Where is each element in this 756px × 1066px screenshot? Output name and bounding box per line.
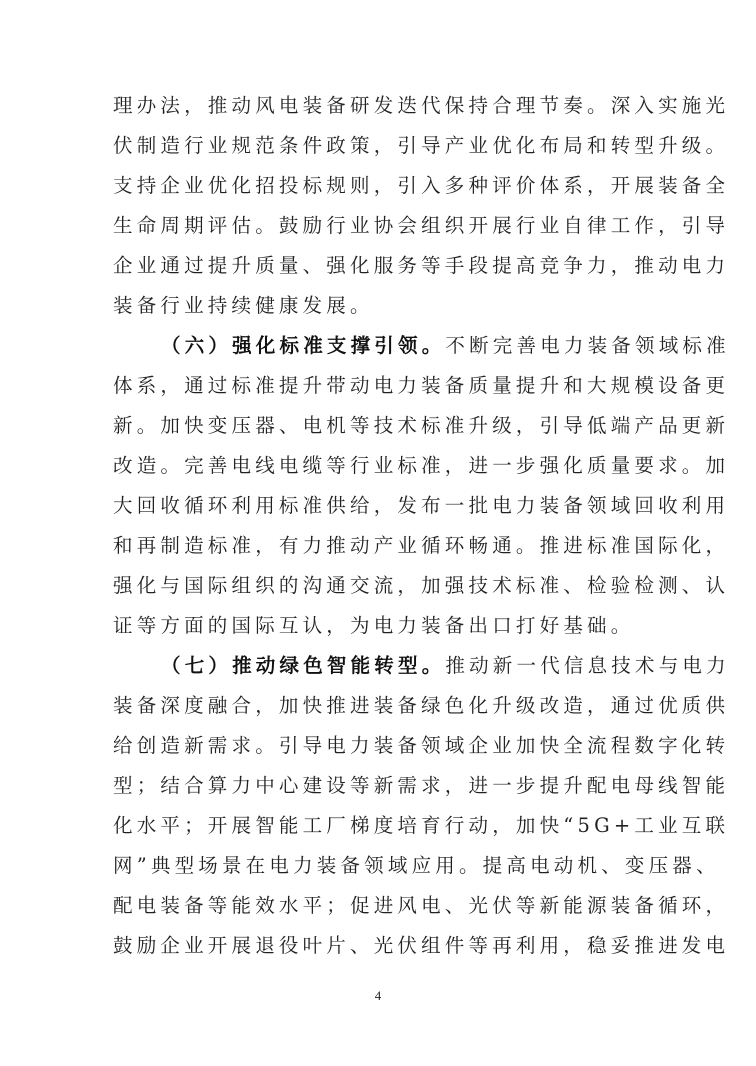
text-line: 体系，通过标准提升带动电力装备质量提升和大规模设备更 [113,366,645,406]
text-line: 改造。完善电线电缆等行业标准，进一步强化质量要求。加 [113,446,645,486]
section-6-intro: 不断完善电力装备领域标准 [445,334,729,357]
section-6-heading: （六）强化标准支撑引领。 [161,334,445,357]
text-line: 化水平；开展智能工厂梯度培育行动，加快“5G+工业互联 [113,806,645,846]
text-line: 给创造新需求。引导电力装备领域企业加快全流程数字化转 [113,726,645,766]
section-7-heading: （七）推动绿色智能转型。 [161,654,445,677]
text-line: 配电装备等能效水平；促进风电、光伏等新能源装备循环， [113,886,645,926]
text-line: 装备行业持续健康发展。 [113,286,645,326]
text-line: 企业通过提升质量、强化服务等手段提高竞争力，推动电力 [113,246,645,286]
page-number: 4 [0,988,756,1004]
text-line: 鼓励企业开展退役叶片、光伏组件等再利用，稳妥推进发电 [113,926,645,966]
text-line: 伏制造行业规范条件政策，引导产业优化布局和转型升级。 [113,126,645,166]
text-line: 证等方面的国际互认，为电力装备出口打好基础。 [113,606,645,646]
text-line: 装备深度融合，加快推进装备绿色化升级改造，通过优质供 [113,686,645,726]
text-line: 大回收循环利用标准供给，发布一批电力装备领域回收利用 [113,486,645,526]
section-7-intro: 推动新一代信息技术与电力 [445,654,729,677]
section-6-first-line: （六）强化标准支撑引领。不断完善电力装备领域标准 [113,326,645,366]
text-line: 和再制造标准，有力推动产业循环畅通。推进标准国际化， [113,526,645,566]
text-line: 支持企业优化招投标规则，引入多种评价体系，开展装备全 [113,166,645,206]
text-line: 型；结合算力中心建设等新需求，进一步提升配电母线智能 [113,766,645,806]
text-line: 强化与国际组织的沟通交流，加强技术标准、检验检测、认 [113,566,645,606]
document-body: 理办法，推动风电装备研发迭代保持合理节奏。深入实施光 伏制造行业规范条件政策，引… [113,86,645,966]
text-line: 网”典型场景在电力装备领域应用。提高电动机、变压器、 [113,846,645,886]
text-line: 理办法，推动风电装备研发迭代保持合理节奏。深入实施光 [113,86,645,126]
section-7-first-line: （七）推动绿色智能转型。推动新一代信息技术与电力 [113,646,645,686]
text-line: 新。加快变压器、电机等技术标准升级，引导低端产品更新 [113,406,645,446]
text-line: 生命周期评估。鼓励行业协会组织开展行业自律工作，引导 [113,206,645,246]
document-page: 理办法，推动风电装备研发迭代保持合理节奏。深入实施光 伏制造行业规范条件政策，引… [0,0,756,1066]
